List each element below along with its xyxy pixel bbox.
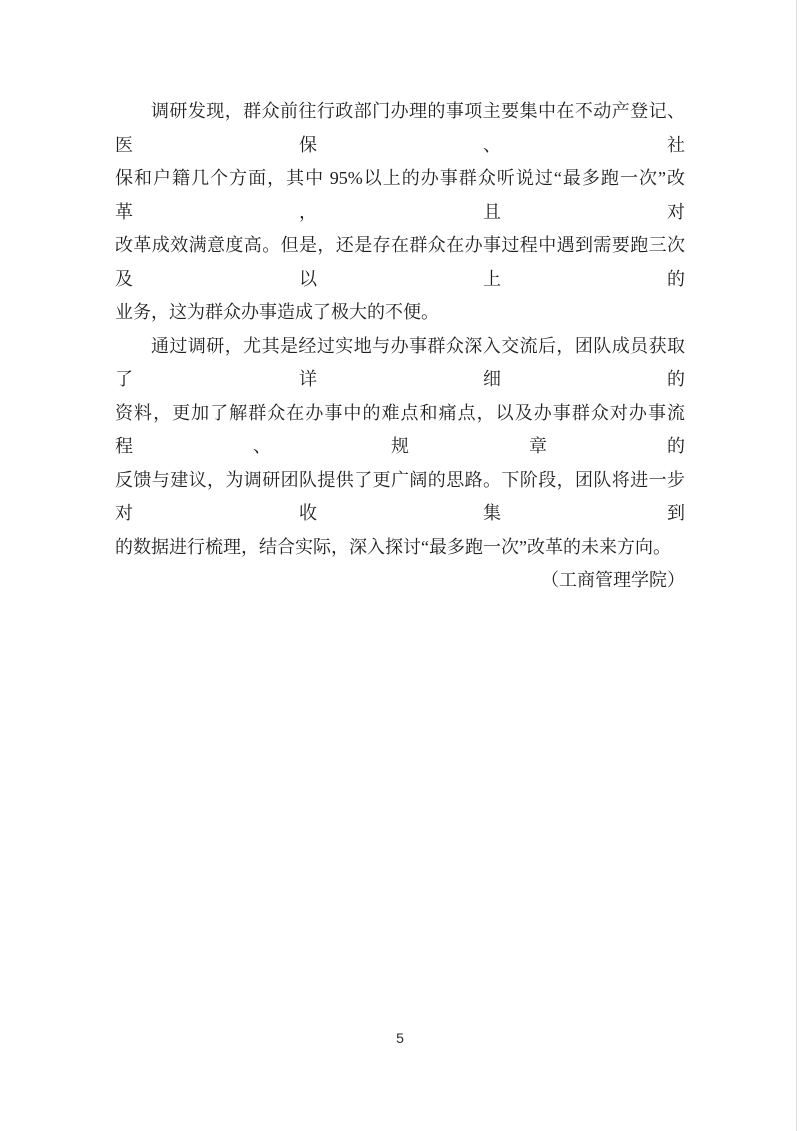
paragraph-1-line: 改革成效满意度高。但是，还是存在群众在办事过程中遇到需要跑三次及以上的 [115, 229, 685, 296]
paragraph-2-line: 通过调研，尤其是经过实地与办事群众深入交流后，团队成员获取了详细的 [115, 330, 685, 397]
paragraph-2-line: 资料，更加了解群众在办事中的难点和痛点，以及办事群众对办事流程、规章的 [115, 397, 685, 464]
paragraph-1-line: 业务，这为群众办事造成了极大的不便。 [115, 296, 685, 330]
paragraph-1-line: 调研发现，群众前往行政部门办理的事项主要集中在不动产登记、医保、社 [115, 95, 685, 162]
document-page: 调研发现，群众前往行政部门办理的事项主要集中在不动产登记、医保、社 保和户籍几个… [0, 0, 800, 1131]
page-edge-line [796, 0, 797, 1131]
attribution-paragraph: （工商管理学院） [115, 564, 685, 598]
paragraph-1-line: 保和户籍几个方面，其中 95%以上的办事群众听说过“最多跑一次”改革，且对 [115, 162, 685, 229]
document-body: 调研发现，群众前往行政部门办理的事项主要集中在不动产登记、医保、社 保和户籍几个… [115, 95, 685, 598]
paragraph-2-line: 反馈与建议，为调研团队提供了更广阔的思路。下阶段，团队将进一步对收集到 [115, 464, 685, 531]
attribution-text: （工商管理学院） [115, 564, 685, 598]
page-number: 5 [0, 1030, 800, 1046]
paragraph-2-line: 的数据进行梳理，结合实际，深入探讨“最多跑一次”改革的未来方向。 [115, 531, 685, 565]
paragraph-2: 通过调研，尤其是经过实地与办事群众深入交流后，团队成员获取了详细的 资料，更加了… [115, 330, 685, 565]
paragraph-1: 调研发现，群众前往行政部门办理的事项主要集中在不动产登记、医保、社 保和户籍几个… [115, 95, 685, 330]
